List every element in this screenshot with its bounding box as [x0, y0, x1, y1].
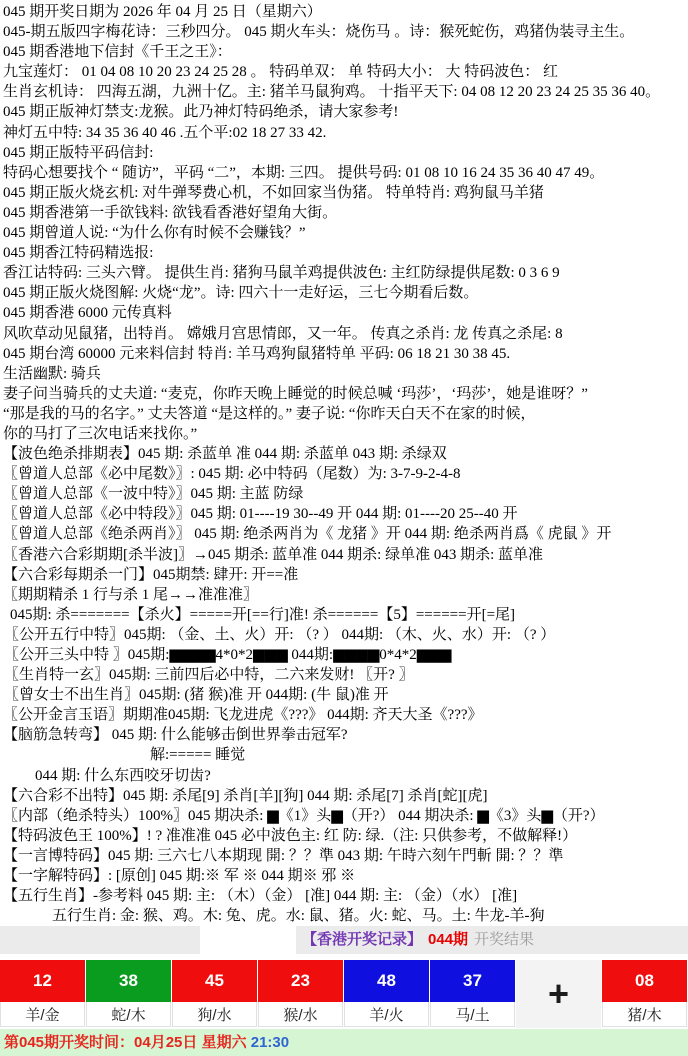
next-draw-date: 04月25日 星期六: [134, 1034, 251, 1051]
result-ball: 23猴/水: [258, 960, 343, 1029]
ball-zodiac-element-label: 羊/金: [0, 1002, 85, 1027]
text-line: 〖曾道人总部《一波中特》〗045 期: 主蓝 防绿: [0, 484, 688, 504]
ball-number: 38: [86, 960, 171, 1002]
text-line: 044 期: 什么东西咬牙切齿?: [0, 766, 688, 786]
draw-record-bar: 【香港开奖记录】044期开奖结果: [0, 926, 688, 954]
text-line: 【特码波色王 100%】! ? 准准准 045 必中波色主: 红 防: 绿.（注…: [0, 826, 688, 846]
text-line: 045 期香港 6000 元传真料: [0, 303, 688, 323]
text-line: 【一字解特码】: [原创] 045 期:※ 军 ※ 044 期※ 邪 ※: [0, 866, 688, 886]
text-line: 045 期正版火烧图解: 火烧“龙”。诗: 四六十一走好运，三七今期看后数。: [0, 283, 688, 303]
text-line: 〖香港六合彩期期[杀半波]〗→045 期杀: 蓝单准 044 期杀: 绿单准 0…: [0, 545, 688, 565]
text-line: 〖曾道人总部《必中特段》〗045 期: 01----19 30--49 开 04…: [0, 504, 688, 524]
record-title: 【香港开奖记录】: [302, 931, 422, 948]
plus-icon: +: [516, 960, 601, 1028]
ball-zodiac-element-label: 蛇/木: [86, 1002, 171, 1027]
text-line: 〖公开五行中特〗045期: （金、土、火）开: （? ） 044期: （木、火、…: [0, 625, 688, 645]
text-line: 〖曾女士不出生肖〗045期: (猪 猴)准 开 044期: (牛 鼠)准 开: [0, 685, 688, 705]
record-bar-text: 【香港开奖记录】044期开奖结果: [302, 926, 534, 954]
result-ball: 37马/土: [430, 960, 515, 1029]
text-line: 045 期台湾 60000 元来料信封 特肖: 羊马鸡狗鼠猪特单 平码: 06 …: [0, 344, 688, 364]
record-issue-number: 044期: [428, 931, 468, 948]
text-line: 045 期开奖日期为 2026 年 04 月 25 日（星期六）: [0, 2, 688, 22]
ball-number: 08: [602, 960, 687, 1002]
text-line: 045 期香港第一手欲钱料: 欲钱看香港好望角大街。: [0, 203, 688, 223]
text-line: 〖期期精杀 1 行与杀 1 尾→→准准准〗: [0, 585, 688, 605]
text-line: 你的马打了三次电话来找你。”: [0, 424, 688, 444]
ball-number: 45: [172, 960, 257, 1002]
next-draw-footer: 第045期开奖时间：04月25日 星期六 21:30: [0, 1029, 688, 1056]
text-line: 045 期正版神灯禁支:龙猴。此乃神灯特码绝杀，请大家参考!: [0, 102, 688, 122]
result-ball: 48羊/火: [344, 960, 429, 1029]
text-line: 045-期五版四字梅花诗：三秒四分。 045 期火车头：烧伤马 。诗：猴死蛇伤，…: [0, 22, 688, 42]
text-line: 生肖玄机诗： 四海五湖，九洲十亿。主: 猪羊马鼠狗鸡。 十指平天下: 04 08…: [0, 82, 688, 102]
ball-number: 37: [430, 960, 515, 1002]
result-ball: 45狗/水: [172, 960, 257, 1029]
ball-zodiac-element-label: 马/土: [430, 1002, 515, 1027]
text-line: 【一言博特码】045 期: 三六七八本期现 開: ？？準 043 期: 午時六刻…: [0, 846, 688, 866]
text-line: 香江诂特码: 三头六臂。 提供生肖: 猪狗马鼠羊鸡提供波色: 主红防绿提供尾数:…: [0, 263, 688, 283]
text-line: 045 期曾道人说: “为什么你有时候不会赚钱？”: [0, 223, 688, 243]
record-bar-white-box: [200, 926, 296, 954]
text-line: 妻子问当骑兵的丈夫道: “麦克，你昨天晚上睡觉的时候总喊 ‘玛莎’，‘玛莎’，她…: [0, 384, 688, 404]
text-line: 〖公开金言玉语〗期期准045期: 飞龙进虎《???》 044期: 齐天大圣《??…: [0, 705, 688, 725]
text-line: “那是我的马的名字。” 丈夫答道 “是这样的。” 妻子说: “你昨天白天不在家的…: [0, 404, 688, 424]
text-line: 【六合彩不出特】045 期: 杀尾[9] 杀肖[羊][狗] 044 期: 杀尾[…: [0, 786, 688, 806]
ball-zodiac-element-label: 猪/木: [602, 1002, 687, 1027]
ball-number: 48: [344, 960, 429, 1002]
text-line: 〖曾道人总部《绝杀两肖》〗 045 期: 绝杀两肖为《 龙猪 》开 044 期:…: [0, 524, 688, 544]
result-ball: 12羊/金: [0, 960, 85, 1029]
text-line: 045 期正版特平码信封:: [0, 143, 688, 163]
next-draw-label: 第045期开奖时间：: [4, 1034, 134, 1051]
text-line: 045 期香江特码精选报:: [0, 243, 688, 263]
ball-number: 12: [0, 960, 85, 1002]
text-line: 解:===== 睡觉: [0, 745, 688, 765]
text-line: 特码心想要找个 “ 随访”，平码 “二”，本期: 三四。 提供号码: 01 08…: [0, 163, 688, 183]
next-draw-time: 21:30: [251, 1034, 289, 1051]
record-result-label: 开奖结果: [474, 931, 534, 948]
ball-zodiac-element-label: 猴/水: [258, 1002, 343, 1027]
text-line: 045期: 杀=======【杀火】=====开[==行]准! 杀======【…: [0, 605, 688, 625]
lottery-bulletin-text: 045 期开奖日期为 2026 年 04 月 25 日（星期六）045-期五版四…: [0, 0, 688, 926]
text-line: 生活幽默: 骑兵: [0, 364, 688, 384]
result-ball: 08猪/木: [602, 960, 687, 1029]
text-line: 045 期正版火烧玄机: 对牛弹琴费心机，不如回家当伪猪。 特单特肖: 鸡狗鼠马…: [0, 183, 688, 203]
ball-zodiac-element-label: 狗/水: [172, 1002, 257, 1027]
text-line: 〖公开三头中特 〗045期:▆▆▆▆4*0*2▆▆▆ 044期:▆▆▆▆0*4*…: [0, 645, 688, 665]
text-line: 〖内部（绝杀特头）100%〗045 期决杀: ▆《1》头▆（开?） 044 期决…: [0, 806, 688, 826]
text-line: 【五行生肖】-参考料 045 期: 主: （木）（金） [准] 044 期: 主…: [0, 886, 688, 906]
text-line: 【六合彩每期杀一门】045期禁: 肆开: 开==准: [0, 565, 688, 585]
text-line: 五行生肖: 金: 猴、鸡。木: 兔、虎。水: 鼠、猪。火: 蛇、马。土: 牛龙-…: [0, 906, 688, 926]
ball-zodiac-element-label: 羊/火: [344, 1002, 429, 1027]
text-line: 风吹草动见鼠猪，出特肖。 嫦娥月宫思情郎，又一年。 传真之杀肖: 龙 传真之杀尾…: [0, 324, 688, 344]
text-line: 九宝莲灯： 01 04 08 10 20 23 24 25 28 。 特码单双：…: [0, 62, 688, 82]
result-ball: 38蛇/木: [86, 960, 171, 1029]
text-line: 【波色绝杀排期表】045 期: 杀蓝单 准 044 期: 杀蓝单 043 期: …: [0, 444, 688, 464]
ball-number: 23: [258, 960, 343, 1002]
text-line: 045 期香港地下信封《千王之王》：: [0, 42, 688, 62]
text-line: 【脑筋急转弯】 045 期: 什么能够击倒世界拳击冠军?: [0, 725, 688, 745]
text-line: 神灯五中特: 34 35 36 40 46 .五个平:02 18 27 33 4…: [0, 123, 688, 143]
draw-results-row: 12羊/金38蛇/木45狗/水23猴/水48羊/火37马/土+08猪/木: [0, 954, 688, 1029]
text-line: 〖生肖特一玄〗045期: 三前四后必中特，二六来发财! 〖开? 〗: [0, 665, 688, 685]
text-line: 〖曾道人总部《必中尾数》〗: 045 期: 必中特码（尾数）为: 3-7-9-2…: [0, 464, 688, 484]
